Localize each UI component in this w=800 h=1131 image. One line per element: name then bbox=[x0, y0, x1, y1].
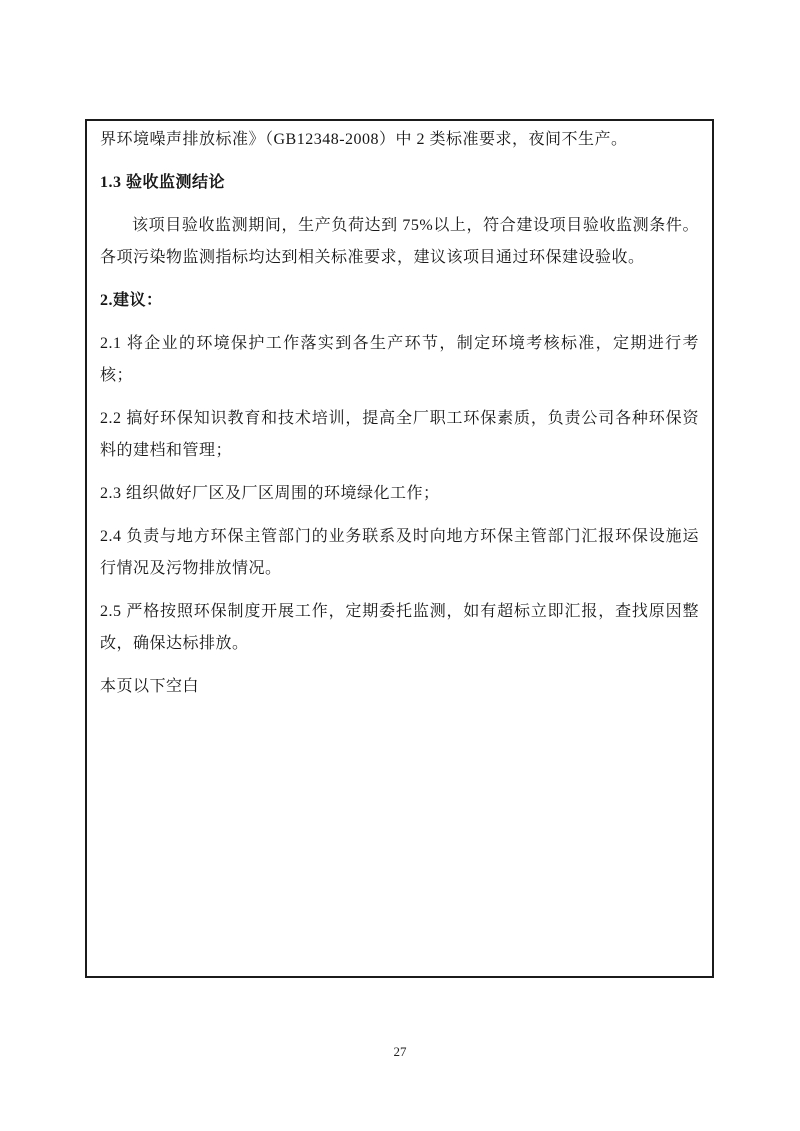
document-page: 界环境噪声排放标准》（GB12348-2008）中 2 类标准要求，夜间不生产。… bbox=[0, 0, 800, 1131]
paragraph-noise-standard-continuation: 界环境噪声排放标准》（GB12348-2008）中 2 类标准要求，夜间不生产。 bbox=[100, 124, 699, 156]
paragraph-suggestion-2-3: 2.3 组织做好厂区及厂区周围的环境绿化工作； bbox=[100, 478, 699, 510]
content-border-box: 界环境噪声排放标准》（GB12348-2008）中 2 类标准要求，夜间不生产。… bbox=[85, 119, 714, 978]
heading-acceptance-monitoring-conclusion: 1.3 验收监测结论 bbox=[100, 167, 699, 199]
paragraph-suggestion-2-5: 2.5 严格按照环保制度开展工作，定期委托监测，如有超标立即汇报，查找原因整改，… bbox=[100, 596, 699, 660]
blank-below-note: 本页以下空白 bbox=[100, 671, 699, 703]
paragraph-suggestion-2-2: 2.2 搞好环保知识教育和技术培训，提高全厂职工环保素质，负责公司各种环保资料的… bbox=[100, 403, 699, 467]
page-number: 27 bbox=[0, 1044, 800, 1060]
heading-suggestions: 2.建议： bbox=[100, 285, 699, 317]
paragraph-conclusion-body: 该项目验收监测期间，生产负荷达到 75%以上，符合建设项目验收监测条件。各项污染… bbox=[100, 210, 699, 274]
paragraph-suggestion-2-1: 2.1 将企业的环境保护工作落实到各生产环节，制定环境考核标准，定期进行考核； bbox=[100, 328, 699, 392]
paragraph-suggestion-2-4: 2.4 负责与地方环保主管部门的业务联系及时向地方环保主管部门汇报环保设施运行情… bbox=[100, 521, 699, 585]
